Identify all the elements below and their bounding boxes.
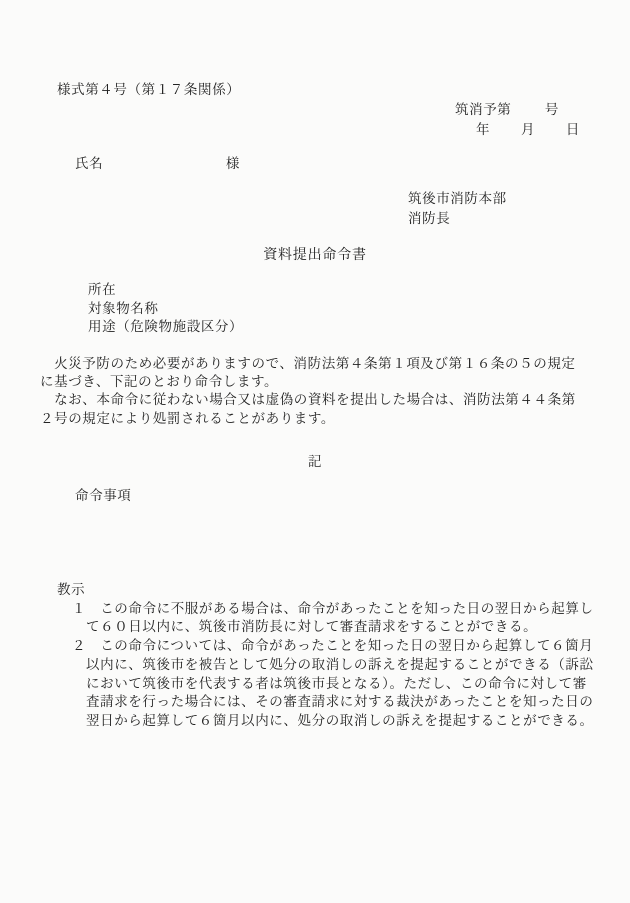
date-day-label: 日 (566, 118, 580, 138)
doc-number-suffix: 号 (545, 98, 559, 118)
date-row: 年 月 日 (455, 118, 580, 138)
instruction-line: 以内に、筑後市を被告として処分の取消しの訴えを提起することができる（訴訟 (86, 656, 594, 675)
addressee-row: 氏名 様 (75, 152, 240, 172)
addressee-name-label: 氏名 (75, 152, 103, 172)
doc-number-row: 筑消予第 号 (455, 98, 559, 118)
property-name-label: 対象物名称 (88, 300, 243, 319)
instructions-block: 教示 １ この命令に不服がある場合は、命令があったことを知った日の翌日から起算し… (0, 581, 594, 731)
instructions-heading: 教示 (57, 581, 594, 600)
document-page: 様式第４号（第１７条関係） 筑消予第 号 年 月 日 氏名 様 筑後市消防本部 … (0, 0, 630, 903)
sender-title: 消防長 (408, 209, 507, 229)
body-line: ２号の規定により処罰されることがあります。 (40, 410, 576, 428)
sender-block: 筑後市消防本部 消防長 (408, 189, 507, 229)
property-location-label: 所在 (88, 281, 243, 300)
document-title: 資料提出命令書 (0, 244, 630, 264)
instruction-line: て６０日以内に、筑後市消防長に対して審査請求をすることができる。 (86, 618, 594, 637)
body-text: 火災予防のため必要がありますので、消防法第４条第１項及び第１６条の５の規定 に基… (40, 355, 576, 428)
form-number: 様式第４号（第１７条関係） (57, 78, 240, 98)
instruction-line: １ この命令に不服がある場合は、命令があったことを知った日の翌日から起算し (72, 600, 594, 619)
instruction-line: ２ この命令については、命令があったことを知った日の翌日から起算して６箇月 (72, 637, 594, 656)
body-line: なお、本命令に従わない場合又は虚偽の資料を提出した場合は、消防法第４４条第 (40, 391, 576, 409)
instruction-line: において筑後市を代表する者は筑後市長となる）。ただし、この命令に対して審 (86, 675, 594, 694)
property-use-label: 用途（危険物施設区分） (88, 318, 243, 337)
order-items-label: 命令事項 (75, 484, 131, 504)
body-line: に基づき、下記のとおり命令します。 (40, 373, 576, 391)
instruction-line: 査請求を行った場合には、その審査請求に対する裁決があったことを知った日の (86, 693, 594, 712)
sender-organization: 筑後市消防本部 (408, 189, 507, 209)
record-marker: 記 (0, 450, 630, 470)
date-month-label: 月 (521, 118, 535, 138)
date-year-label: 年 (476, 118, 490, 138)
instruction-line: 翌日から起算して６箇月以内に、処分の取消しの訴えを提起することができる。 (86, 712, 594, 731)
doc-number-prefix: 筑消予第 (455, 98, 511, 118)
addressee-honorific: 様 (226, 152, 240, 172)
property-block: 所在 対象物名称 用途（危険物施設区分） (88, 281, 243, 337)
body-line: 火災予防のため必要がありますので、消防法第４条第１項及び第１６条の５の規定 (40, 355, 576, 373)
